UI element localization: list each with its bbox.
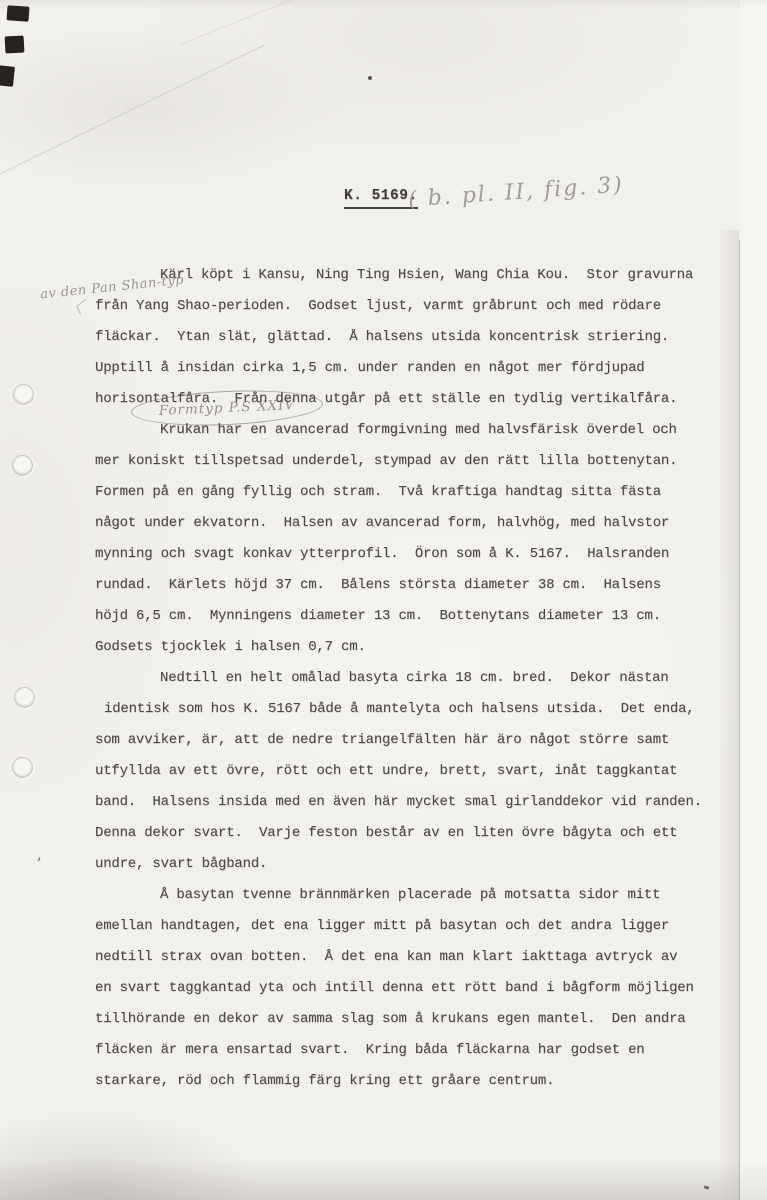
binding-ink-mark xyxy=(5,36,25,54)
text-line: horisontalfåra. Från denna utgår på ett … xyxy=(95,384,735,415)
handwritten-plate-annotation: ( b. pl. II, fig. 3) xyxy=(407,172,624,212)
page-edge-background xyxy=(740,0,767,1200)
text-line: en svart taggkantad yta och intill denna… xyxy=(95,973,735,1004)
text-line: tillhörande en dekor av samma slag som å… xyxy=(95,1004,735,1035)
text-line: Å basytan tvenne brännmärken placerade p… xyxy=(95,880,735,911)
text-line: från Yang Shao-perioden. Godset ljust, v… xyxy=(95,291,735,322)
text-line: mer koniskt tillspetsad underdel, stympa… xyxy=(95,446,735,477)
stray-pencil-mark: , xyxy=(37,845,42,863)
text-line: starkare, röd och flammig färg kring ett… xyxy=(95,1066,735,1097)
text-line: mynning och svagt konkav ytterprofil. Ör… xyxy=(95,539,735,570)
paper-crease xyxy=(180,0,310,45)
typewritten-text-block: Kärl köpt i Kansu, Ning Ting Hsien, Wang… xyxy=(95,260,735,1097)
text-line: utfyllda av ett övre, rött och ett undre… xyxy=(95,756,735,787)
text-line: Nedtill en helt omålad basyta cirka 18 c… xyxy=(95,663,735,694)
text-line: undre, svart bågband. xyxy=(95,849,735,880)
text-line: identisk som hos K. 5167 både å mantelyt… xyxy=(95,694,735,725)
stray-ink-dot xyxy=(368,76,372,80)
text-line: Formen på en gång fyllig och stram. Två … xyxy=(95,477,735,508)
text-line: höjd 6,5 cm. Mynningens diameter 13 cm. … xyxy=(95,601,735,632)
binding-ink-mark xyxy=(0,65,15,87)
text-line: Krukan har en avancerad formgivning med … xyxy=(95,415,735,446)
punch-hole xyxy=(14,687,35,708)
text-line: Godsets tjocklek i halsen 0,7 cm. xyxy=(95,632,735,663)
catalog-number: K. 5169. xyxy=(344,188,418,209)
text-line: nedtill strax ovan botten. Å det ena kan… xyxy=(95,942,735,973)
handwritten-flourish-mark: 〈 xyxy=(64,291,84,318)
edge-speck xyxy=(704,1185,710,1190)
binding-ink-mark xyxy=(7,5,30,21)
scanned-document-page: K. 5169. ( b. pl. II, fig. 3) av den Pan… xyxy=(0,0,767,1200)
punch-hole xyxy=(13,384,34,405)
text-line: emellan handtagen, det ena ligger mitt p… xyxy=(95,911,735,942)
text-line: band. Halsens insida med en även här myc… xyxy=(95,787,735,818)
page-edge-line xyxy=(739,240,740,1200)
text-line: Denna dekor svart. Varje feston består a… xyxy=(95,818,735,849)
text-line: fläcken är mera ensartad svart. Kring bå… xyxy=(95,1035,735,1066)
text-line: fläckar. Ytan slät, glättad. Å halsens u… xyxy=(95,322,735,353)
text-line: Kärl köpt i Kansu, Ning Ting Hsien, Wang… xyxy=(95,260,735,291)
text-line: Upptill å insidan cirka 1,5 cm. under ra… xyxy=(95,353,735,384)
text-line: något under ekvatorn. Halsen av avancera… xyxy=(95,508,735,539)
text-line: rundad. Kärlets höjd 37 cm. Bålens störs… xyxy=(95,570,735,601)
text-line: som avviker, är, att de nedre triangelfä… xyxy=(95,725,735,756)
punch-hole xyxy=(12,757,33,778)
paper-crease xyxy=(0,44,265,176)
punch-hole xyxy=(12,455,33,476)
